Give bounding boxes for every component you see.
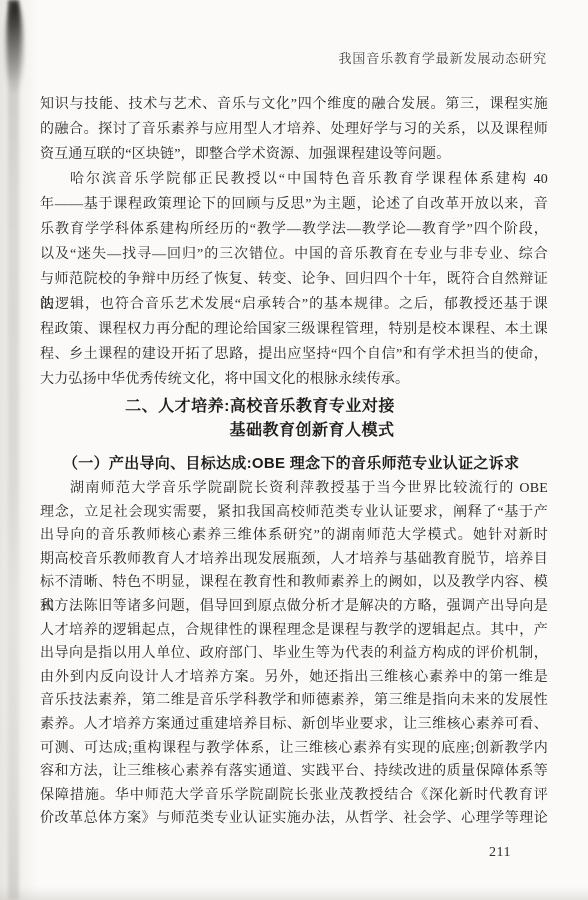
section-subheading: （一）产出导向、目标达成:OBE 理念下的音乐师范专业认证之诉求 (40, 451, 548, 476)
text-line: 程政策、课程权力再分配的理论给国家三级课程管理，特别是校本课程、本土课 (40, 317, 548, 342)
scan-left-wash (0, 0, 38, 900)
text-line: 可测、可达成;重构课程与教学体系，让三维核心素养有实现的底座;创新教学内 (40, 737, 548, 761)
text-line: 标不清晰、特色不明显，课程在教育性和教师素养上的阙如，以及教学内容、模式 (40, 571, 548, 595)
text-line: 哈尔滨音乐学院郁正民教授以“中国特色音乐教育学课程体系建构 40 (40, 167, 548, 192)
content-column: 知识与技能、技术与艺术、音乐与文化”四个维度的融合发展。第三，课程实施的融合。探… (40, 92, 548, 831)
text-line: 乐教育学学科体系建构所经历的“教学—教学法—教学论—教育学”四个阶段， (40, 217, 548, 242)
running-head: 我国音乐教育学最新发展动态研究 (338, 48, 547, 67)
text-line: 价改革总体方案》与师范类专业认证实施办法，从哲学、社会学、心理学等理论 (40, 807, 548, 831)
text-line: 由外到内反向设计人才培养方案。另外，她还指出三维核心素养中的第一维是 (40, 666, 548, 690)
text-line: 的逻辑，也符合音乐艺术发展“启承转合”的基本规律。之后，郁教授还基于课 (40, 292, 548, 317)
text-line: 音乐技法素养，第二维是音乐学科教学和师德素养，第三维是指向未来的发展性 (40, 689, 548, 713)
text-line: 湖南师范大学音乐学院副院长资利萍教授基于当今世界比较流行的 OBE (40, 477, 548, 501)
text-line: 与师范院校的争辩中历经了恢复、转变、论争、回归四个十年，既符合自然辩证法 (40, 267, 548, 292)
text-line: 出导向是指以用人单位、政府部门、毕业生等为代表的利益方构成的评价机制， (40, 642, 548, 666)
paragraph: 知识与技能、技术与艺术、音乐与文化”四个维度的融合发展。第三，课程实施的融合。探… (40, 92, 548, 167)
section-heading-line-1: 二、人才培养:高校音乐教育专业对接 (6, 395, 514, 419)
text-line: 理念，立足社会现实需要，紧扣我国高校师范类专业认证要求，阐释了“基于产 (40, 501, 548, 525)
text-line: 期高校音乐教师教育人才培养出现发展瓶颈，人才培养与基础教育脱节，培养目 (40, 548, 548, 572)
scanned-book-page: 我国音乐教育学最新发展动态研究 知识与技能、技术与艺术、音乐与文化”四个维度的融… (0, 0, 588, 900)
paragraph: 哈尔滨音乐学院郁正民教授以“中国特色音乐教育学课程体系建构 40年——基于课程政… (40, 167, 548, 392)
text-line: 素养。人才培养方案通过重建培养目标、新创毕业要求，让三维核心素养可看、 (40, 713, 548, 737)
scan-corner-shadow (6, 2, 23, 94)
section-heading-line-2: 基础教育创新育人模式 (58, 419, 566, 443)
scan-bottom-shadow (0, 886, 588, 900)
text-line: 出导向的音乐教师核心素养三维体系研究”的湖南师范大学模式。她针对新时 (40, 524, 548, 548)
text-line: 的融合。探讨了音乐素养与应用型人才培养、处理好学与习的关系，以及课程师 (40, 117, 548, 142)
text-line: 人才培养的逻辑起点，合规律性的课程理念是课程与教学的逻辑起点。其中，产 (40, 619, 548, 643)
text-line: 程、乡土课程的建设开拓了思路，提出应坚持“四个自信”和有学术担当的使命， (40, 342, 548, 367)
paragraph-group-top: 知识与技能、技术与艺术、音乐与文化”四个维度的融合发展。第三，课程实施的融合。探… (40, 92, 548, 392)
text-line: 以及“迷失—找寻—回归”的三次错位。中国的音乐教育在专业与非专业、综合 (40, 242, 548, 267)
paragraph: 湖南师范大学音乐学院副院长资利萍教授基于当今世界比较流行的 OBE理念，立足社会… (40, 477, 548, 831)
text-line: 容和方法，让三维核心素养有落实通道、实践平台、持续改进的质量保障体系等 (40, 760, 548, 784)
paragraph-group-bottom: 湖南师范大学音乐学院副院长资利萍教授基于当今世界比较流行的 OBE理念，立足社会… (40, 477, 548, 831)
text-line: 资互通互联的“区块链”，即整合学术资源、加强课程建设等问题。 (40, 142, 548, 167)
scan-gutter-shadow (8, 0, 19, 900)
page-number: 211 (489, 845, 511, 861)
text-line: 大力弘扬中华优秀传统文化，将中国文化的根脉永续传承。 (40, 367, 548, 392)
text-line: 保障措施。华中师范大学音乐学院副院长张业茂教授结合《深化新时代教育评 (40, 784, 548, 808)
text-line: 年——基于课程政策理论下的回顾与反思”为主题，论述了自改革开放以来，音 (40, 192, 548, 217)
text-line: 知识与技能、技术与艺术、音乐与文化”四个维度的融合发展。第三，课程实施 (40, 92, 548, 117)
section-heading: 二、人才培养:高校音乐教育专业对接 基础教育创新育人模式 (40, 395, 548, 443)
text-line: 和方法陈旧等诸多问题，倡导回到原点做分析才是解决的方略，强调产出导向是 (40, 595, 548, 619)
